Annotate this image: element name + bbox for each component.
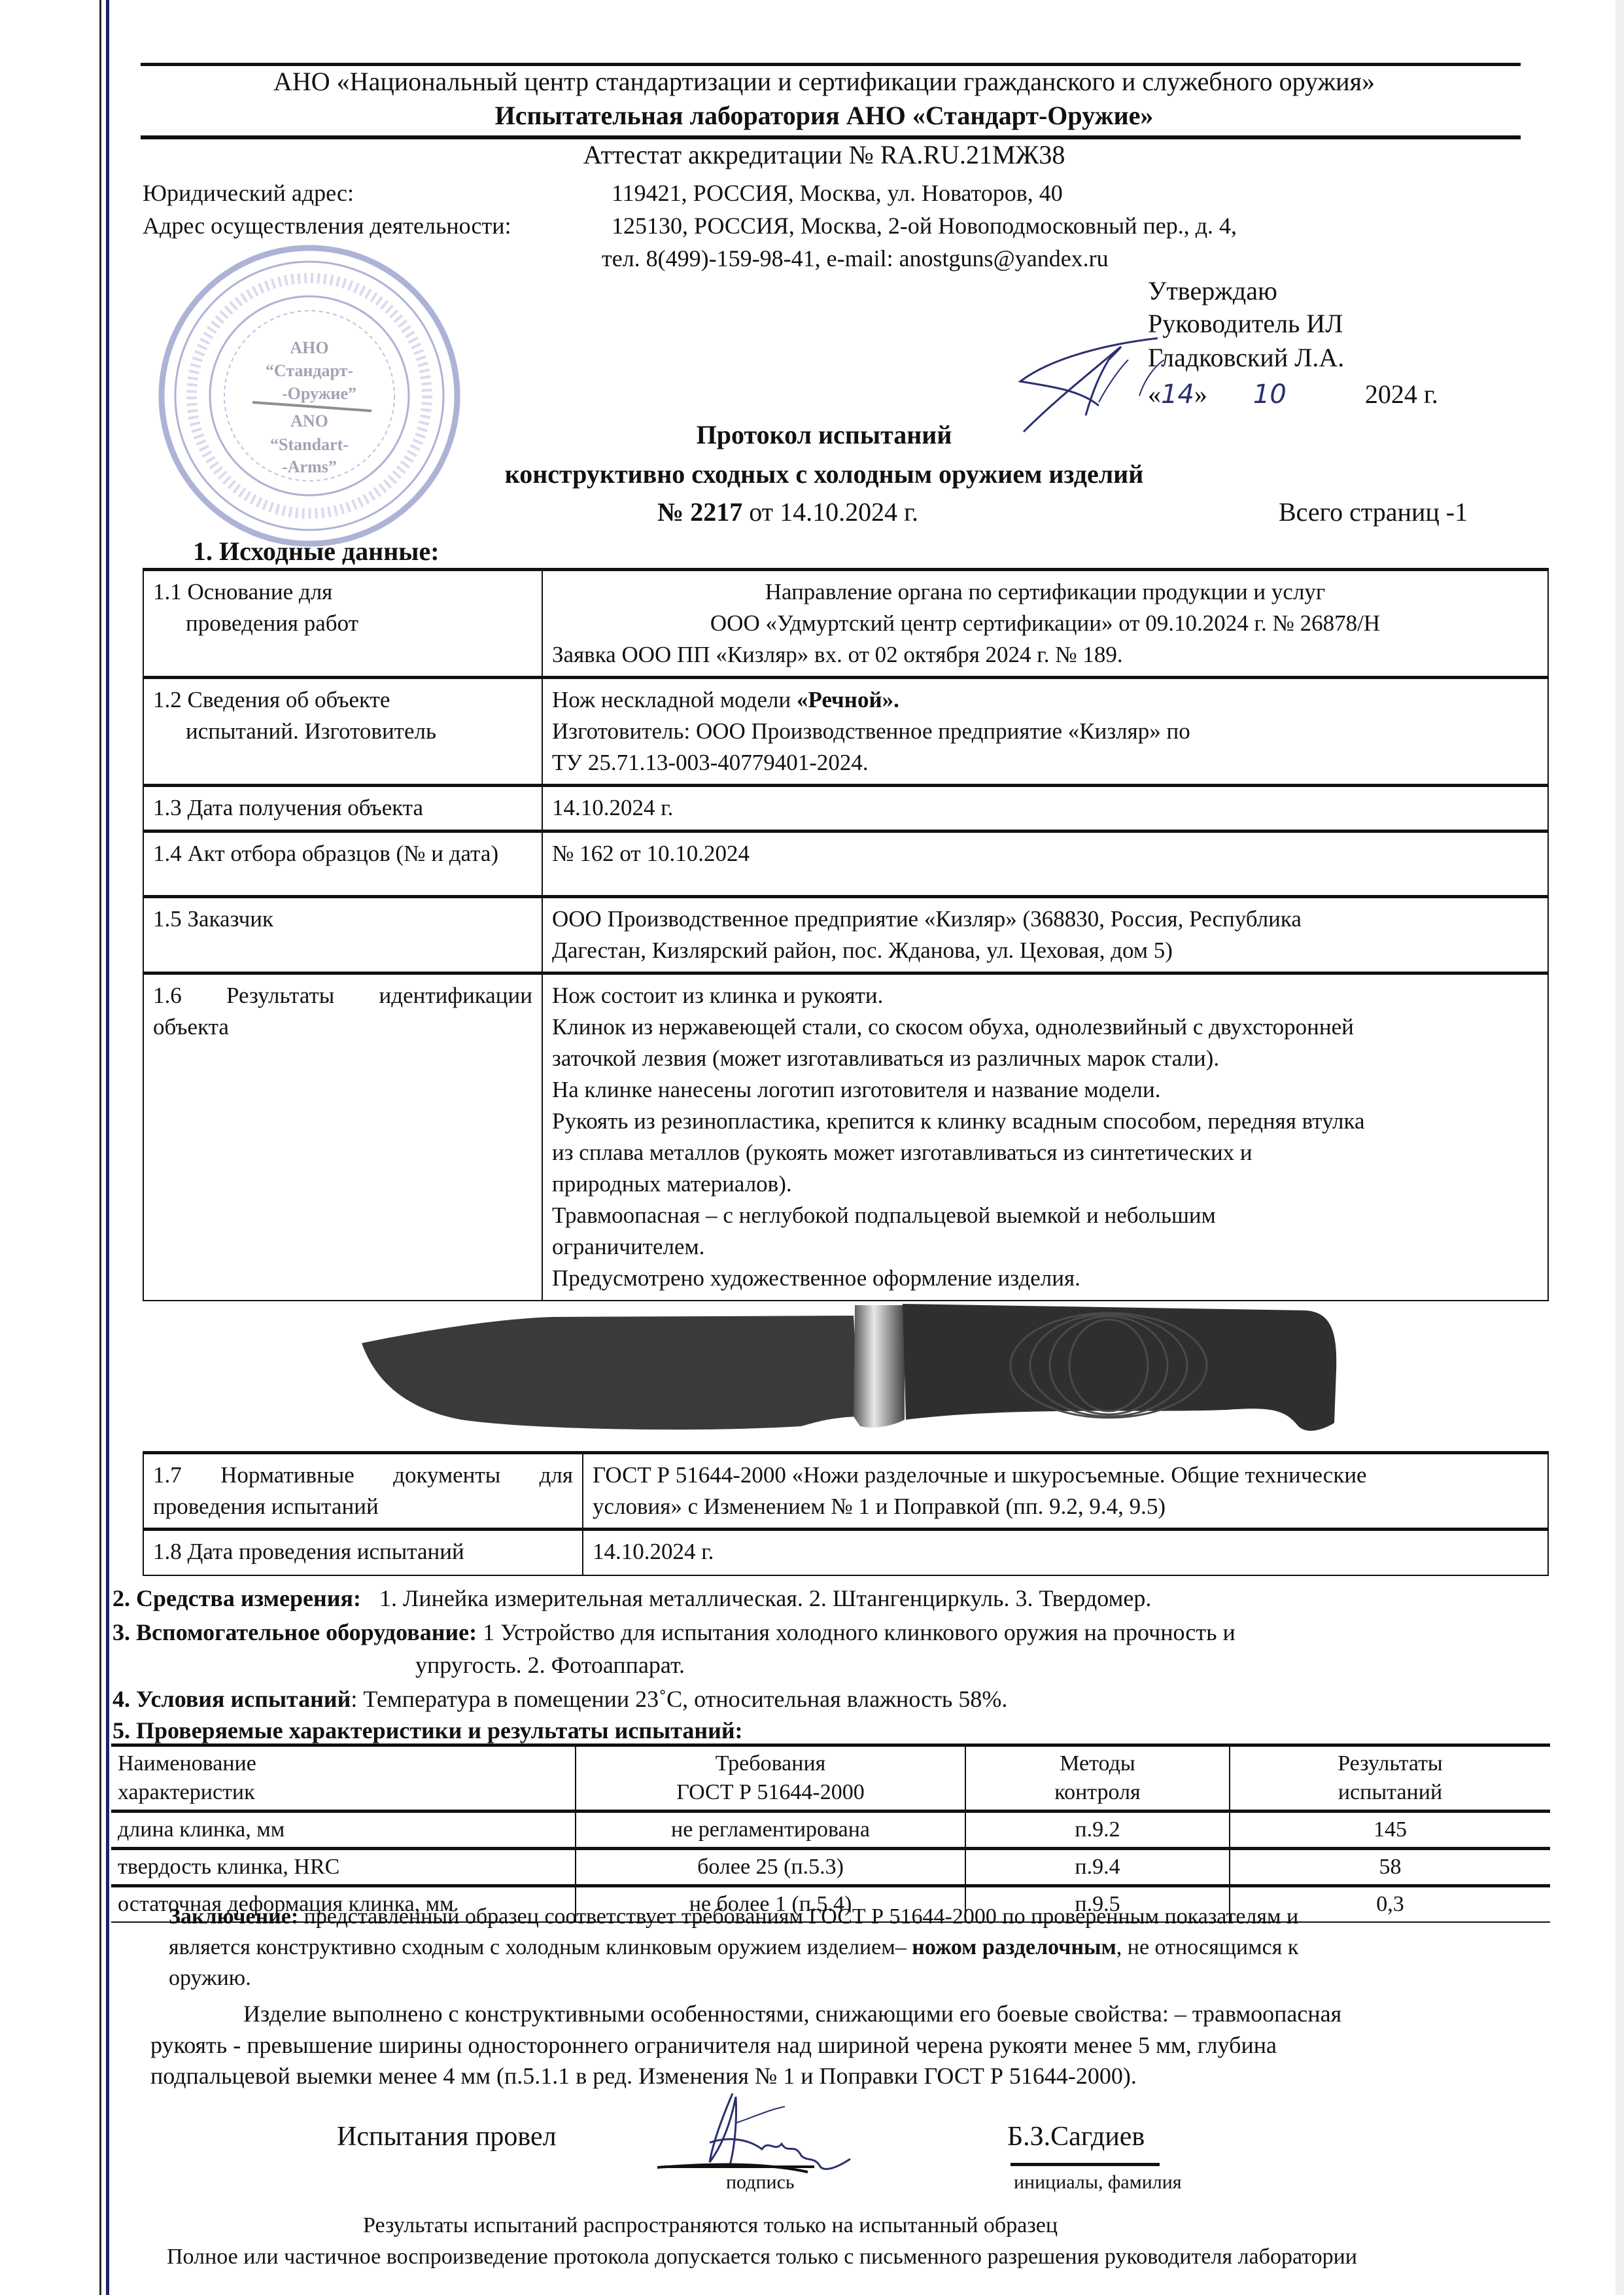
table-row: 1.1 Основание дляпроведения работ Направ… xyxy=(143,570,1548,678)
features-line-3: подпальцевой выемки менее 4 мм (п.5.1.1 … xyxy=(150,2061,1137,2091)
section-3-continued: упругость. 2. Фотоаппарат. xyxy=(415,1650,685,1680)
footer-line-1: Результаты испытаний распространяются то… xyxy=(363,2211,1058,2240)
row-label: 1.4 Акт отбора образцов (№ и дата) xyxy=(143,832,542,897)
results-header-row: Наименованиехарактеристик ТребованияГОСТ… xyxy=(111,1745,1550,1812)
date-day-handwritten: 14 xyxy=(1161,379,1194,410)
section-4: 4. Условия испытаний: Температура в поме… xyxy=(112,1684,1007,1714)
table-row: 1.7 Нормативные документы для проведения… xyxy=(143,1453,1548,1530)
name-caption: инициалы, фамилия xyxy=(1014,2171,1182,2194)
protocol-number: № 2217 xyxy=(657,497,742,527)
stamp-line: “Стандарт- xyxy=(266,361,353,380)
contacts: тел. 8(499)-159-98-41, e-mail: anostguns… xyxy=(602,243,1109,273)
row-label: 1.3 Дата получения объекта xyxy=(143,786,542,832)
col-header-results: Результатыиспытаний xyxy=(1230,1745,1550,1812)
approve-label: Утверждаю xyxy=(1148,275,1277,307)
approver-position: Руководитель ИЛ xyxy=(1148,307,1343,340)
section-3: 3. Вспомогательное оборудование: 1 Устро… xyxy=(112,1617,1235,1647)
section-1-heading: 1. Исходные данные: xyxy=(193,535,440,568)
accreditation: Аттестат аккредитации № RA.RU.21МЖ38 xyxy=(128,139,1521,171)
approval-date: «14» 10 2024 г. xyxy=(1148,378,1438,411)
organization-stamp: АНО “Стандарт- -Оружие” ANO “Standart- -… xyxy=(156,242,463,550)
table-row: 1.3 Дата получения объекта 14.10.2024 г. xyxy=(143,786,1548,832)
normative-table: 1.7 Нормативные документы для проведения… xyxy=(143,1451,1549,1576)
page-edge-shadow xyxy=(1615,0,1624,2295)
page-edge-line-navy xyxy=(106,0,109,2295)
table-row: 1.2 Сведения об объектеиспытаний. Изгото… xyxy=(143,678,1548,786)
table-row: 1.5 Заказчик ООО Производственное предпр… xyxy=(143,897,1548,973)
row-label: 1.5 Заказчик xyxy=(143,897,542,973)
stamp-line: -Оружие” xyxy=(282,384,356,403)
col-header-name: Наименованиехарактеристик xyxy=(111,1745,576,1812)
date-quote-close: » xyxy=(1194,379,1207,409)
signature-line xyxy=(664,2165,814,2168)
knife-photo xyxy=(356,1292,1338,1436)
approver-name: Гладковский Л.А. xyxy=(1148,342,1344,374)
row-label: 1.2 Сведения об объектеиспытаний. Изгото… xyxy=(143,678,542,786)
total-pages: Всего страниц -1 xyxy=(1279,496,1468,529)
section-2: 2. Средства измерения:1. Линейка измерит… xyxy=(112,1583,1151,1613)
conclusion-line-2: является конструктивно сходным с холодны… xyxy=(169,1933,1298,1962)
section-5-heading: 5. Проверяемые характеристики и результа… xyxy=(112,1715,743,1745)
conclusion-line-1: Заключение: представленный образец соотв… xyxy=(169,1902,1298,1931)
table-row: 1.8 Дата проведения испытаний 14.10.2024… xyxy=(143,1530,1548,1575)
table-row: 1.4 Акт отбора образцов (№ и дата) № 162… xyxy=(143,832,1548,897)
table-row: 1.6 Результаты идентификации объекта Нож… xyxy=(143,973,1548,1301)
table-row: твердость клинка, HRC более 25 (п.5.3) п… xyxy=(111,1849,1550,1886)
row-value: № 162 от 10.10.2024 xyxy=(542,832,1548,897)
legal-address-value: 119421, РОССИЯ, Москва, ул. Новаторов, 4… xyxy=(612,178,1063,208)
row-label: 1.1 Основание дляпроведения работ xyxy=(143,570,542,678)
row-value: Нож нескладной модели «Речной». Изготови… xyxy=(542,678,1548,786)
row-label: 1.8 Дата проведения испытаний xyxy=(143,1530,583,1575)
legal-address-label: Юридический адрес: xyxy=(143,178,354,208)
performed-by-label: Испытания провел xyxy=(337,2120,557,2154)
col-header-requirements: ТребованияГОСТ Р 51644-2000 xyxy=(576,1745,965,1812)
row-label: 1.7 Нормативные документы для проведения… xyxy=(143,1453,583,1530)
footer-line-2: Полное или частичное воспроизведение про… xyxy=(167,2243,1357,2271)
row-value: ООО Производственное предприятие «Кизляр… xyxy=(542,897,1548,973)
table-row: длина клинка, мм не регламентирована п.9… xyxy=(111,1812,1550,1849)
row-value: Направление органа по сертификации проду… xyxy=(542,570,1548,678)
row-value: Нож состоит из клинка и рукояти. Клинок … xyxy=(542,973,1548,1301)
conclusion-line-3: оружию. xyxy=(169,1964,251,1993)
name-line xyxy=(1011,2163,1160,2166)
col-header-methods: Методыконтроля xyxy=(965,1745,1230,1812)
row-value: 14.10.2024 г. xyxy=(583,1530,1548,1575)
page-edge-line xyxy=(99,0,101,2295)
date-month-handwritten: 10 xyxy=(1253,379,1287,410)
protocol-title: Протокол испытаний xyxy=(128,419,1521,451)
features-line-1: Изделие выполнено с конструктивными особ… xyxy=(243,1999,1341,2029)
protocol-date: от 14.10.2024 г. xyxy=(742,497,918,527)
row-label: 1.6 Результаты идентификации объекта xyxy=(143,973,542,1301)
results-table: Наименованиехарактеристик ТребованияГОСТ… xyxy=(111,1743,1550,1923)
protocol-number-date: № 2217 от 14.10.2024 г. xyxy=(657,496,918,529)
date-year: 2024 г. xyxy=(1365,379,1438,409)
org-full-name: АНО «Национальный центр стандартизации и… xyxy=(128,65,1521,98)
row-value: ГОСТ Р 51644-2000 «Ножи разделочные и шк… xyxy=(583,1453,1548,1530)
tester-signature xyxy=(657,2090,867,2175)
activity-address-label: Адрес осуществления деятельности: xyxy=(143,211,511,241)
lab-name: Испытательная лаборатория АНО «Стандарт-… xyxy=(128,99,1521,132)
source-data-table: 1.1 Основание дляпроведения работ Направ… xyxy=(143,568,1549,1301)
stamp-line: АНО xyxy=(290,338,328,357)
features-line-2: рукоять - превышение ширины односторонне… xyxy=(150,2030,1277,2060)
signature-caption: подпись xyxy=(726,2171,795,2194)
protocol-subtitle: конструктивно сходных с холодным оружием… xyxy=(128,458,1521,491)
activity-address-value: 125130, РОССИЯ, Москва, 2-ой Новоподмоск… xyxy=(612,211,1237,241)
tester-name: Б.З.Сагдиев xyxy=(1007,2120,1145,2154)
row-value: 14.10.2024 г. xyxy=(542,786,1548,832)
